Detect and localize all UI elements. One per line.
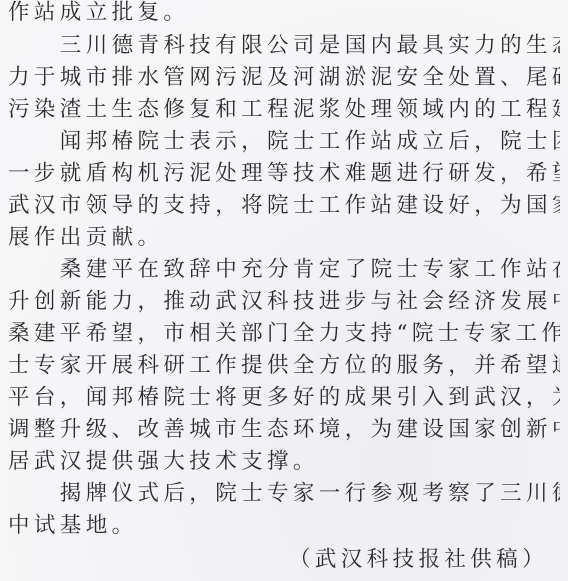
paragraph-line: 一步就盾构机污泥处理等技术难题进行研发，希望能够得到湖北省、 [8, 159, 560, 189]
paragraph-line: 平台，闻邦椿院士将更多好的成果引入到武汉，为促进武汉产业结构 [8, 383, 560, 413]
document-page: 作站成立批复。 三川德青科技有限公司是国内最具实力的生态环境修复公司，致 力于城… [0, 0, 568, 581]
paragraph-line: 力于城市排水管网污泥及河湖淤泥安全处置、尾矿治理及综合利用、 [8, 63, 560, 93]
paragraph-line: 武汉市领导的支持，将院士工作站建设好，为国家工程机械和经济发 [8, 191, 560, 221]
paragraph-line: 三川德青科技有限公司是国内最具实力的生态环境修复公司，致 [8, 31, 560, 61]
paragraph-line: 士专家开展科研工作提供全方位的服务，并希望通过院士工作站这一 [8, 351, 560, 381]
paragraph-line: 闻邦椿院士表示，院士工作站成立后，院士团队与三川德青将进 [8, 127, 560, 157]
paragraph-line: 升创新能力，推动武汉科技进步与社会经济发展中发挥的重要作用。 [8, 287, 560, 317]
paragraph-line: 中试基地。 [8, 511, 560, 541]
paragraph-line: 桑建平希望，市相关部门全力支持“院士专家工作站”的发展，为院 [8, 319, 560, 349]
paragraph-line: 揭牌仪式后，院士专家一行参观考察了三川德青环保产业研发与 [8, 479, 560, 509]
source-credit: （武汉科技报社供稿） [0, 545, 548, 575]
paragraph-line: 调整升级、改善城市生态环境，为建设国家创新中心和美丽生态、宜 [8, 415, 560, 445]
paragraph-line: 污染渣土生态修复和工程泥浆处理领域内的工程建设。 [8, 95, 560, 125]
paragraph-line: 作站成立批复。 [8, 0, 560, 28]
paragraph-line: 居武汉提供强大技术支撑。 [8, 447, 560, 477]
paragraph-line: 展作出贡献。 [8, 223, 560, 253]
paragraph-line: 桑建平在致辞中充分肯定了院士专家工作站在聚集创新要素、提 [8, 255, 560, 285]
